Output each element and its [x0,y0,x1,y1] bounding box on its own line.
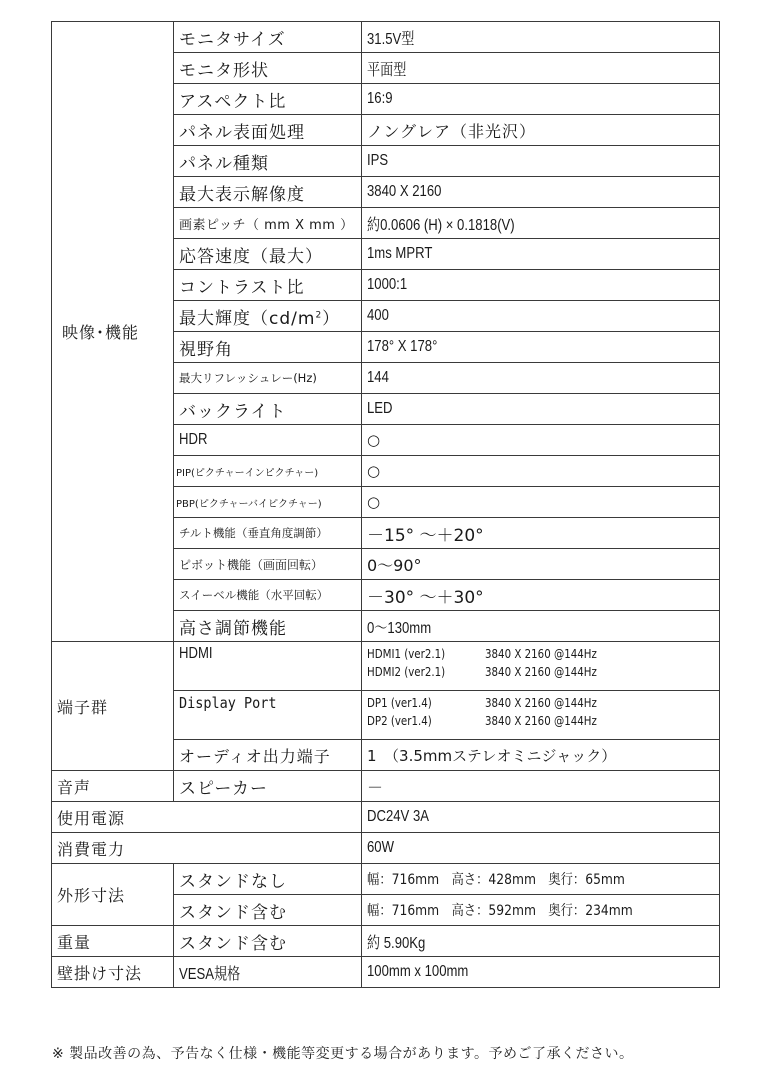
circle-icon: ○ [367,431,380,449]
spec-value: 400 [362,301,720,332]
section-weight: 重量 [52,926,174,957]
spec-value: 1 （3.5mmステレオミニジャック） [362,740,720,771]
spec-label: パネル種類 [174,146,362,177]
table-row: 映像･機能 モニタサイズ 31.5V型 [52,22,720,53]
spec-label: パネル表面処理 [174,115,362,146]
port-line: HDMI2 (ver2.1)3840 X 2160 @144Hz [367,663,719,681]
spec-label: 最大リフレッシュレー(Hz) [174,363,362,394]
spec-value: 100mm x 100mm [362,957,720,988]
spec-label: VESA規格 [174,957,362,988]
section-audio: 音声 [52,771,174,802]
spec-value: 幅：716mm 高さ：592mm 奥行：234mm [362,895,720,926]
spec-label: 最大表示解像度 [174,177,362,208]
section-wall-mount: 壁掛け寸法 [52,957,174,988]
spec-label: 画素ピッチ（ mm X mm ） [174,208,362,239]
spec-value: 0～130mm [362,611,720,642]
spec-value: 0～90° [362,549,720,580]
spec-value: 178° X 178° [362,332,720,363]
port-line: DP2 (ver1.4)3840 X 2160 @144Hz [367,712,719,730]
table-row: 外形寸法 スタンドなし 幅：716mm 高さ：428mm 奥行：65mm [52,864,720,895]
spec-label: HDR [174,425,362,456]
spec-value: 144 [362,363,720,394]
spec-label: PIP(ピクチャーインピクチャー) [174,456,362,487]
spec-label: 応答速度（最大） [174,239,362,270]
section-dimensions: 外形寸法 [52,864,174,926]
spec-label: スイーベル機能（水平回転） [174,580,362,611]
spec-value: ノングレア（非光沢） [362,115,720,146]
port-line: HDMI1 (ver2.1)3840 X 2160 @144Hz [367,645,719,663]
spec-value: 16:9 [362,84,720,115]
spec-label: スタンド含む [174,926,362,957]
spec-value: HDMI1 (ver2.1)3840 X 2160 @144Hz HDMI2 (… [362,642,720,691]
spec-value: LED [362,394,720,425]
section-video: 映像･機能 [52,22,174,642]
spec-label: HDMI [174,642,362,691]
spec-label: Display Port [174,691,362,740]
circle-icon: ○ [367,493,380,511]
spec-value: 約0.0606 (H) × 0.1818(V) [362,208,720,239]
footnote: ※ 製品改善の為、予告なく仕様・機能等変更する場合があります。予めご了承ください… [52,1043,634,1063]
spec-label: PBP(ピクチャーバイピクチャー) [174,487,362,518]
spec-label: アスペクト比 [174,84,362,115]
spec-label: スタンド含む [174,895,362,926]
spec-value: 平面型 [362,53,720,84]
table-row: 音声 スピーカー － [52,771,720,802]
spec-value: 約 5.90Kg [362,926,720,957]
spec-label: スピーカー [174,771,362,802]
spec-label: モニタ形状 [174,53,362,84]
spec-label: チルト機能（垂直角度調節） [174,518,362,549]
spec-label: 最大輝度（cd/m2） [174,301,362,332]
section-terminals: 端子群 [52,642,174,771]
spec-value: 1ms MPRT [362,239,720,270]
spec-value: 60W [362,833,720,864]
spec-label: スタンドなし [174,864,362,895]
port-line: DP1 (ver1.4)3840 X 2160 @144Hz [367,694,719,712]
spec-value: － [362,771,720,802]
table-row: 使用電源 DC24V 3A [52,802,720,833]
spec-label: ピボット機能（画面回転） [174,549,362,580]
section-consumption: 消費電力 [52,833,362,864]
spec-value: DC24V 3A [362,802,720,833]
spec-value: ○ [362,425,720,456]
spec-value: DP1 (ver1.4)3840 X 2160 @144Hz DP2 (ver1… [362,691,720,740]
spec-value: IPS [362,146,720,177]
spec-table: 映像･機能 モニタサイズ 31.5V型 モニタ形状 平面型 アスペクト比 16:… [51,21,720,988]
spec-label: オーディオ出力端子 [174,740,362,771]
spec-label: コントラスト比 [174,270,362,301]
circle-icon: ○ [367,462,380,480]
table-row: 端子群 HDMI HDMI1 (ver2.1)3840 X 2160 @144H… [52,642,720,691]
spec-value: ○ [362,487,720,518]
table-row: 消費電力 60W [52,833,720,864]
table-row: 重量 スタンド含む 約 5.90Kg [52,926,720,957]
spec-value: 1000:1 [362,270,720,301]
spec-value: 31.5V型 [362,22,720,53]
spec-label: 視野角 [174,332,362,363]
spec-label: モニタサイズ [174,22,362,53]
spec-value: 3840 X 2160 [362,177,720,208]
spec-value: －15° ～＋20° [362,518,720,549]
section-power: 使用電源 [52,802,362,833]
spec-label: バックライト [174,394,362,425]
table-row: 壁掛け寸法 VESA規格 100mm x 100mm [52,957,720,988]
spec-value: ○ [362,456,720,487]
spec-value: －30° ～＋30° [362,580,720,611]
spec-value: 幅：716mm 高さ：428mm 奥行：65mm [362,864,720,895]
spec-label: 高さ調節機能 [174,611,362,642]
